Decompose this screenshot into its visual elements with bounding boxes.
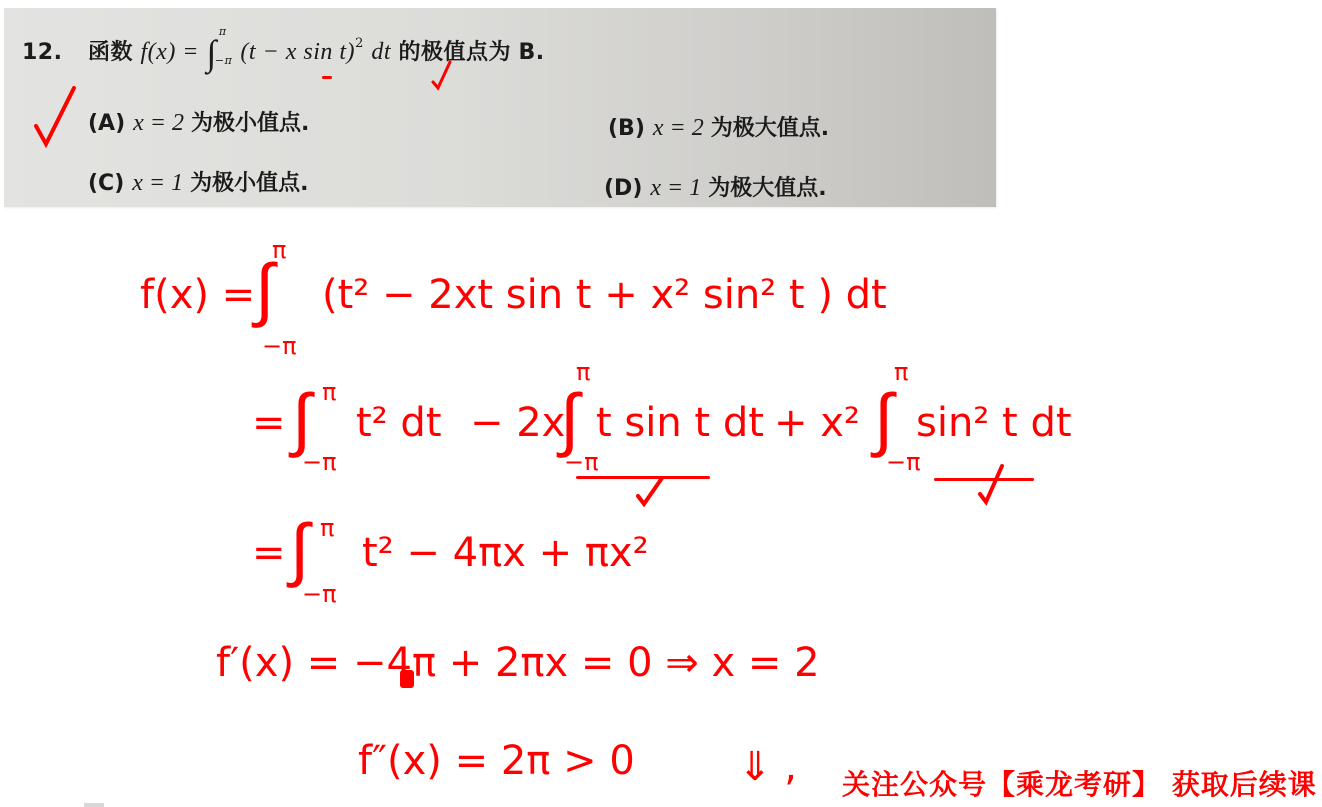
- checkmark-icon: [430, 56, 460, 96]
- hw-line2-t1-upper: π: [322, 378, 336, 406]
- underline-mark: [322, 76, 332, 79]
- hw-line3-upper: π: [320, 514, 334, 542]
- hw-line5-second-derivative: f″(x) = 2π > 0: [358, 738, 635, 784]
- checkmark-icon: [976, 462, 1012, 508]
- function-lhs: f(x) =: [141, 39, 200, 65]
- hw-line1-body: (t² − 2xt sin t + x² sin² t ) dt: [322, 272, 887, 318]
- hw-line2-t2-body: t sin t dt: [596, 400, 764, 446]
- hw-line2-t2-upper: π: [576, 358, 590, 386]
- hw-line2-t1-body: t² dt: [356, 400, 442, 446]
- checkmark-icon: [634, 474, 670, 510]
- question-stem: 12. 函数 f(x) = ∫π−π (t − x sin t)2 dt 的极值…: [22, 32, 545, 74]
- integrand: (t − x sin t): [240, 39, 355, 65]
- checkmark-icon: [30, 82, 80, 152]
- hw-line2-t3-lower: −π: [886, 448, 921, 476]
- hw-line2-eq: =: [252, 400, 286, 446]
- question-number: 12.: [22, 40, 62, 65]
- watermark-text: 关注公众号【乘龙考研】 获取后续课: [842, 763, 1317, 803]
- question-panel: 12. 函数 f(x) = ∫π−π (t − x sin t)2 dt 的极值…: [4, 8, 996, 207]
- differential: dt: [371, 39, 391, 65]
- hw-line3-eq: =: [252, 530, 286, 576]
- hw-scribble: ⇓ ,: [738, 744, 797, 790]
- integral-limits: π−π: [217, 33, 233, 63]
- hw-line2-t3-coef: + x²: [774, 400, 860, 446]
- option-a: (A)x = 2 为极小值点.: [88, 106, 309, 137]
- hw-line2-t2-lower: −π: [564, 448, 599, 476]
- answer-letter: B.: [519, 40, 545, 65]
- option-d: (D)x = 1 为极大值点.: [604, 171, 827, 202]
- hw-line2-t3-upper: π: [894, 358, 908, 386]
- hw-line1-upper: π: [272, 236, 286, 264]
- hw-line2-t3-body: sin² t dt: [916, 400, 1072, 446]
- hw-line2-t1-lower: −π: [302, 448, 337, 476]
- hw-line1-lower: −π: [262, 332, 297, 360]
- hw-line2-t2-coef: − 2x: [470, 400, 565, 446]
- hw-line3-lower: −π: [302, 580, 337, 608]
- question-prefix: 函数: [88, 40, 133, 65]
- option-b: (B)x = 2 为极大值点.: [608, 111, 829, 142]
- integrand-power: 2: [355, 36, 364, 51]
- integral-sign: ∫: [207, 33, 217, 73]
- faint-mark: [84, 803, 104, 807]
- hw-line1-lhs: f(x) =: [140, 272, 255, 318]
- pen-cursor: [400, 670, 414, 688]
- integral-sign: ∫: [290, 508, 309, 590]
- hw-line4-first-derivative: f′(x) = −4π + 2πx = 0 ⇒ x = 2: [216, 640, 820, 686]
- hw-line3-body: t² − 4πx + πx²: [362, 530, 649, 576]
- option-c: (C)x = 1 为极小值点.: [88, 166, 308, 197]
